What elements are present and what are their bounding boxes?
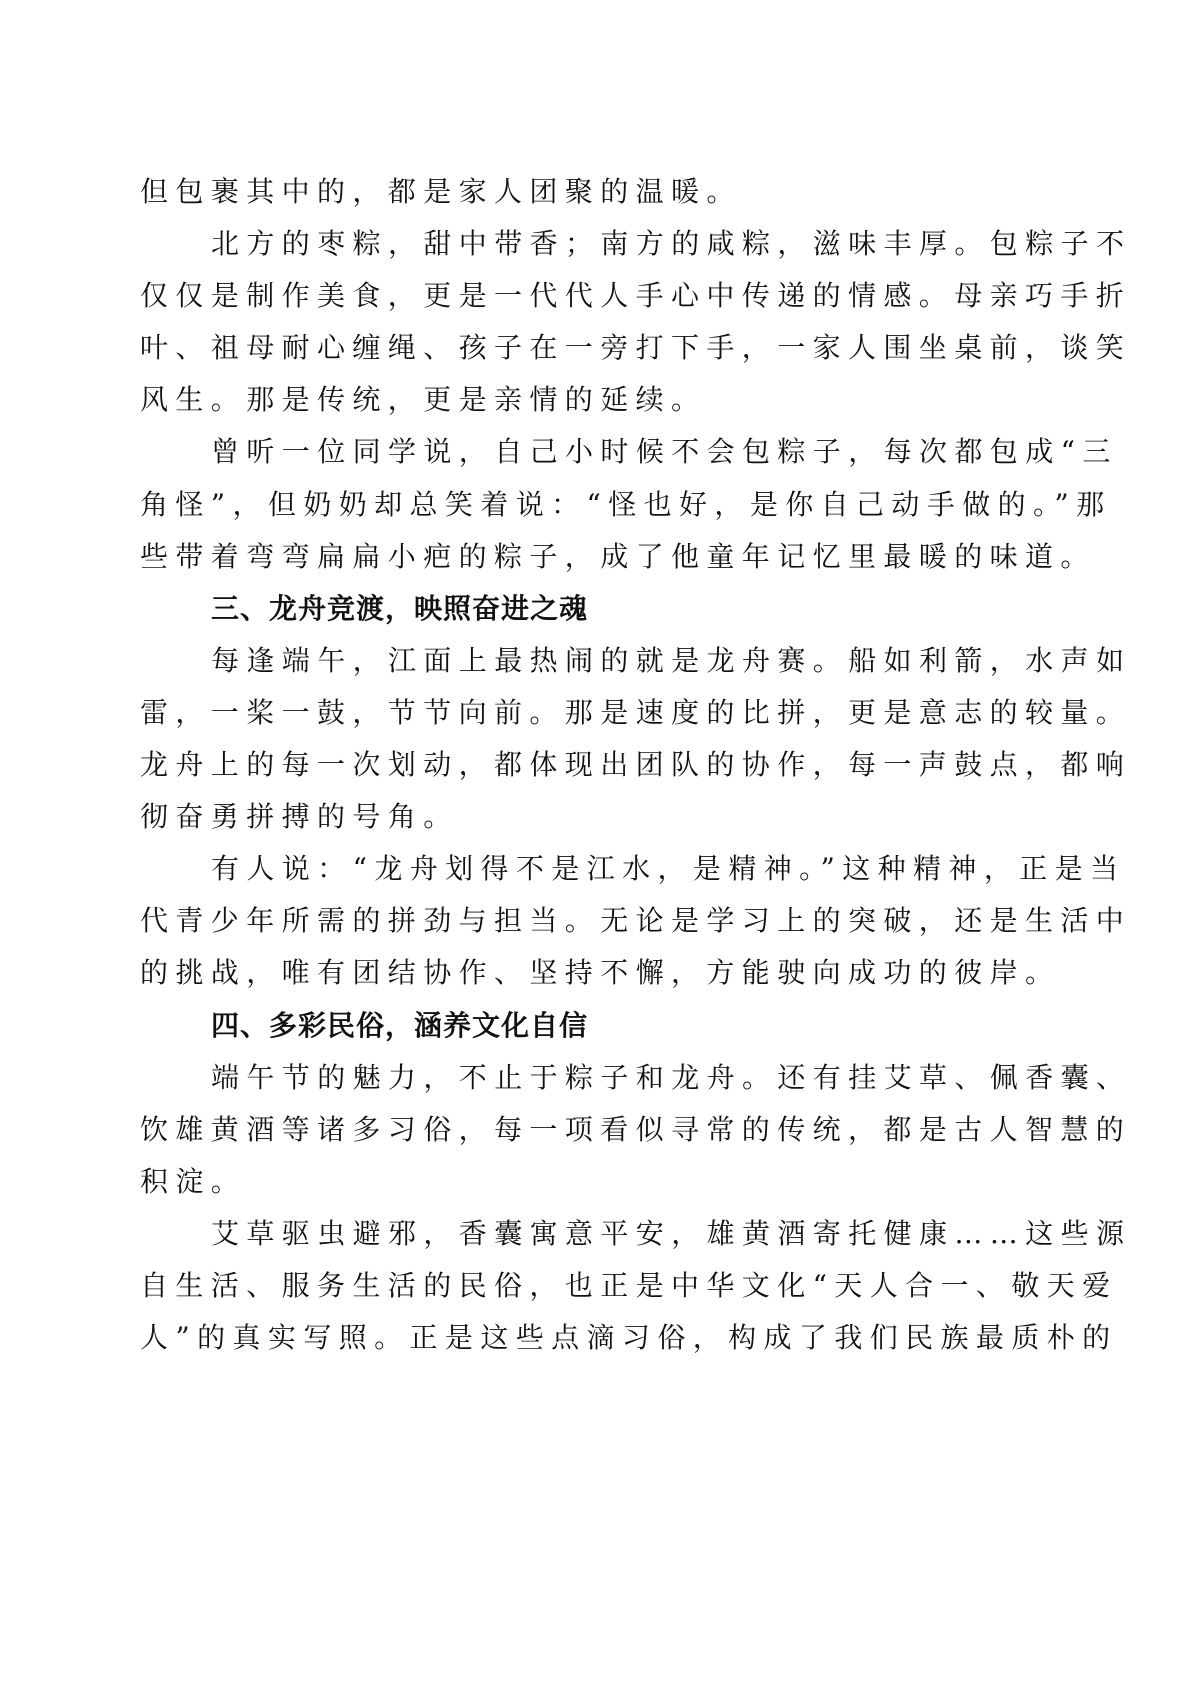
body-line: 有人说：“龙舟划得不是江水，是精神。”这种精神，正是当 [140,843,1035,895]
body-line: 叶、祖母耐心缠绳、孩子在一旁打下手，一家人围坐桌前，谈笑 [140,322,1035,374]
body-line: 龙舟上的每一次划动，都体现出团队的协作，每一声鼓点，都响 [140,739,1035,791]
body-line: 艾草驱虫避邪，香囊寓意平安，雄黄酒寄托健康……这些源 [140,1208,1035,1260]
body-line: 些带着弯弯扁扁小疤的粽子，成了他童年记忆里最暖的味道。 [140,531,1035,583]
body-line: 代青少年所需的拼劲与担当。无论是学习上的突破，还是生活中 [140,895,1035,947]
body-line: 端午节的魅力，不止于粽子和龙舟。还有挂艾草、佩香囊、 [140,1052,1035,1104]
document-page: 但包裹其中的，都是家人团聚的温暖。 北方的枣粽，甜中带香；南方的咸粽，滋味丰厚。… [140,166,1035,1364]
body-line: 曾听一位同学说，自己小时候不会包粽子，每次都包成“三 [140,426,1035,478]
body-line: 自生活、服务生活的民俗，也正是中华文化“天人合一、敬天爱 [140,1260,1035,1312]
body-line: 雷，一桨一鼓，节节向前。那是速度的比拼，更是意志的较量。 [140,687,1035,739]
body-line: 但包裹其中的，都是家人团聚的温暖。 [140,166,1035,218]
body-line: 风生。那是传统，更是亲情的延续。 [140,374,1035,426]
body-line: 饮雄黄酒等诸多习俗，每一项看似寻常的传统，都是古人智慧的 [140,1104,1035,1156]
body-line: 角怪”，但奶奶却总笑着说：“怪也好，是你自己动手做的。”那 [140,479,1035,531]
body-line: 的挑战，唯有团结协作、坚持不懈，方能驶向成功的彼岸。 [140,947,1035,999]
section-heading-3: 三、龙舟竞渡，映照奋进之魂 [140,583,1035,635]
body-line: 北方的枣粽，甜中带香；南方的咸粽，滋味丰厚。包粽子不 [140,218,1035,270]
body-line: 仅仅是制作美食，更是一代代人手心中传递的情感。母亲巧手折 [140,270,1035,322]
body-line: 积淀。 [140,1156,1035,1208]
body-line: 彻奋勇拼搏的号角。 [140,791,1035,843]
section-heading-4: 四、多彩民俗，涵养文化自信 [140,1000,1035,1052]
body-line: 每逢端午，江面上最热闹的就是龙舟赛。船如利箭，水声如 [140,635,1035,687]
body-line: 人”的真实写照。正是这些点滴习俗，构成了我们民族最质朴的 [140,1312,1035,1364]
